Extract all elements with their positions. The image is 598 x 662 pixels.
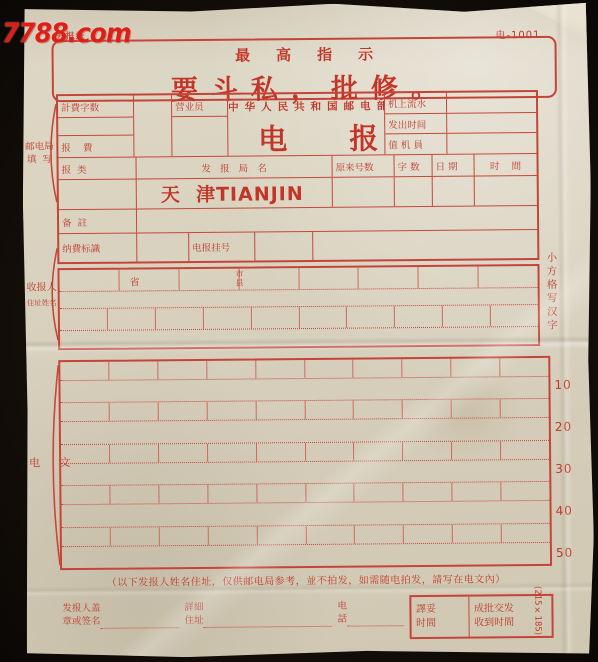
grid-cell xyxy=(111,527,160,545)
grid-cell xyxy=(159,485,208,503)
message-side-label: 电 文 xyxy=(25,454,65,470)
grid-cell xyxy=(156,308,204,329)
grid-cell xyxy=(204,307,252,328)
message-writing-space xyxy=(61,418,549,444)
telegram-class-field xyxy=(59,179,137,209)
grid-cell xyxy=(501,482,549,500)
row-number: 40 xyxy=(556,504,573,518)
grid-cell xyxy=(355,483,404,501)
recipient-row-1: 省 市 县 xyxy=(59,266,537,292)
date-field xyxy=(433,177,475,206)
grid-cell xyxy=(62,527,111,545)
city-county-label: 市 县 xyxy=(235,270,243,288)
telegram-title: 电报 xyxy=(228,116,384,155)
grid-cell xyxy=(119,269,179,291)
footer-note: （以下发报人姓名住址，仅供邮电局参考，並不拍发，如需随电拍发，請写在电文內） xyxy=(60,570,552,589)
grid-cell xyxy=(108,308,156,329)
grid-cell xyxy=(256,401,305,419)
word-count-header: 字 数 xyxy=(394,155,432,176)
grid-cell xyxy=(500,358,548,376)
grid-cell xyxy=(159,444,208,462)
grid-cell xyxy=(501,441,549,459)
grid-cell xyxy=(305,401,354,419)
address-line xyxy=(203,600,331,628)
message-band xyxy=(61,441,549,487)
grid-cell xyxy=(403,400,452,418)
grid-cell xyxy=(160,527,209,545)
row-number: 10 xyxy=(554,378,571,392)
fee-extra-field xyxy=(313,230,537,260)
remarks-label: 备 註 xyxy=(59,209,137,233)
paper-size-note: (215×185) xyxy=(532,586,542,635)
grid-cell xyxy=(299,268,359,290)
grid-cell xyxy=(452,400,501,418)
grid-cell xyxy=(403,359,452,377)
grid-cell xyxy=(110,403,159,421)
grid-cell xyxy=(158,361,207,379)
city-label: 市 xyxy=(235,270,243,279)
sending-office-value: 天 津TIANJIN xyxy=(137,178,333,209)
footer-sender-row: 发报人盖 章或签名 詳細 住址 电 話 譯妥 时間 成批交发 收到时間 xyxy=(62,592,554,646)
grid-cell xyxy=(207,360,256,378)
sending-office-header: 发 报 局 名 xyxy=(136,156,332,179)
grid-cell xyxy=(110,486,159,504)
grid-cell xyxy=(158,402,207,420)
ministry-name: 中华人民共和国邮电部 xyxy=(228,98,384,114)
grid-cell xyxy=(404,483,453,501)
clerk-label: 营业员 xyxy=(172,95,227,117)
grid-cell xyxy=(60,362,109,380)
phone-line xyxy=(347,599,403,626)
grid-cell xyxy=(479,266,538,288)
grid-cell xyxy=(395,306,443,327)
grid-cell xyxy=(452,358,501,376)
recipient-side-label: 收报人 住址姓名 xyxy=(24,278,60,308)
sender-signature-line xyxy=(100,601,178,629)
machine-serial-field xyxy=(447,92,536,112)
grid-cell xyxy=(256,360,305,378)
original-number-header: 原来号数 xyxy=(332,155,394,177)
recipient-row-2 xyxy=(60,305,538,331)
grid-note-vertical: 小方格写汉字 xyxy=(544,252,560,333)
grid-cell xyxy=(419,267,479,289)
machine-serial-label: 机上流水 xyxy=(385,93,447,113)
grid-cell xyxy=(208,485,257,503)
clerk-field xyxy=(172,117,227,156)
grid-cell xyxy=(208,526,257,544)
row-number: 50 xyxy=(556,546,573,560)
original-number-field xyxy=(333,177,395,207)
registration-field xyxy=(255,232,313,261)
message-grid xyxy=(58,356,552,570)
grid-cell xyxy=(354,359,403,377)
message-writing-space xyxy=(62,501,550,527)
blank-field xyxy=(134,95,173,156)
fee-words-field xyxy=(58,118,133,137)
grid-cell xyxy=(110,444,159,462)
time-field xyxy=(475,176,537,206)
message-writing-space xyxy=(61,460,549,486)
grid-cell xyxy=(299,307,347,328)
grid-cell xyxy=(109,361,158,379)
province-label: 省 xyxy=(130,273,140,288)
grid-cell xyxy=(251,307,299,328)
row-number: 30 xyxy=(555,462,572,476)
fee-words-label: 計費字数 xyxy=(58,96,133,119)
grid-cell xyxy=(359,267,419,289)
grid-cell xyxy=(354,442,403,460)
site-watermark: 7788.com xyxy=(2,18,131,49)
registration-label: 电报挂号 xyxy=(189,232,255,261)
county-label: 县 xyxy=(236,279,244,288)
grid-cell xyxy=(60,309,108,330)
grid-cell xyxy=(355,525,404,543)
grid-cell xyxy=(305,360,354,378)
grid-cell xyxy=(306,484,355,502)
grid-cell xyxy=(453,524,502,542)
grid-cell xyxy=(491,305,538,326)
message-band xyxy=(61,399,549,445)
message-band xyxy=(61,482,549,528)
time-header: 时 間 xyxy=(474,154,536,176)
send-time-field xyxy=(447,113,536,133)
grid-cell xyxy=(306,442,355,460)
sender-signature-label: 发报人盖 章或签名 xyxy=(62,602,100,628)
grid-cell xyxy=(59,270,119,292)
grid-cell xyxy=(501,399,549,417)
message-writing-space xyxy=(60,377,548,403)
grid-cell xyxy=(179,269,239,291)
word-count-field xyxy=(395,177,433,206)
fee-label: 报 費 xyxy=(58,136,133,158)
grid-cell xyxy=(403,442,452,460)
grid-cell xyxy=(61,403,110,421)
grid-cell xyxy=(452,441,501,459)
grid-cell xyxy=(453,483,502,501)
telegram-form-paper: 去报纸 电-1001 最高指示 要斗私，批修。 計費字数 报 費 营业员 中华 xyxy=(21,2,595,659)
address-label: 詳細 住址 xyxy=(184,601,203,627)
post-office-fill-label: 邮电局 填 写 xyxy=(22,140,56,166)
grid-cell xyxy=(257,484,306,502)
phone-label: 电 話 xyxy=(337,600,347,626)
grid-cell xyxy=(257,526,306,544)
office-header-table: 計費字数 报 費 营业员 中华人民共和国邮电部 电报 机上流水 发出时间 值 机… xyxy=(56,90,539,264)
date-header: 日 期 xyxy=(432,155,474,176)
message-writing-space xyxy=(62,543,550,569)
recipient-label-line1: 收报人 xyxy=(24,278,60,293)
grid-cell xyxy=(257,443,306,461)
grid-cell xyxy=(207,402,256,420)
grid-cell xyxy=(306,525,355,543)
grid-cell xyxy=(61,486,110,504)
form-masthead: 中华人民共和国邮电部 电报 xyxy=(228,93,385,155)
row-number: 20 xyxy=(555,420,572,434)
operator-field xyxy=(447,133,536,153)
translated-time-label: 譯妥 时間 xyxy=(411,597,469,638)
row-number-scale: 10 20 30 40 50 xyxy=(552,356,584,566)
telegram-class-header: 报 类 xyxy=(58,157,136,179)
grid-cell xyxy=(502,524,550,542)
message-band xyxy=(60,358,548,404)
grid-cell xyxy=(354,401,403,419)
fee-mark-label: 纳費标識 xyxy=(59,233,137,262)
grid-cell xyxy=(443,305,491,326)
operator-label: 值 机 員 xyxy=(385,134,447,154)
message-band xyxy=(62,524,550,569)
fee-mark-field xyxy=(137,233,189,261)
send-time-label: 发出时间 xyxy=(385,113,447,133)
grid-cell xyxy=(208,443,257,461)
remarks-field xyxy=(137,206,537,232)
grid-cell xyxy=(239,268,299,290)
grid-cell xyxy=(347,306,395,327)
recipient-address-block: 省 市 县 xyxy=(57,264,540,350)
recipient-label-line2: 住址姓名 xyxy=(24,297,60,308)
grid-cell xyxy=(404,524,453,542)
